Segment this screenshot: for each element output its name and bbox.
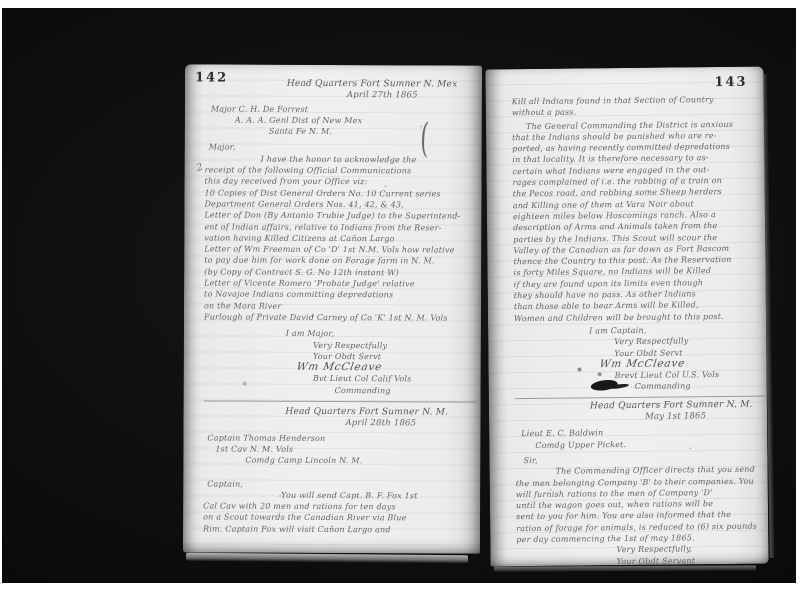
microfilm-scan: 142 2 ( Head Quarters Fort Sumner N. Mex… — [0, 0, 800, 589]
dust-specks — [485, 69, 487, 71]
letter-separator-rule — [204, 400, 477, 405]
manuscript-line: to pay due him for work done on Forage f… — [204, 255, 477, 267]
manuscript-line: to Navajoe Indians committing depredatio… — [204, 289, 477, 301]
manuscript-line: Letter of Don (By Antonio Trubie Judge) … — [204, 210, 477, 222]
manuscript-line: Furlough of Private David Carney of Co '… — [204, 311, 477, 323]
page-142-manuscript: Head Quarters Fort Sumner N. MexApril 27… — [183, 64, 482, 535]
page-stack-edge — [186, 553, 468, 563]
manuscript-line: Wm McCleave — [514, 357, 766, 371]
manuscript-line: April 27th 1865 — [205, 90, 478, 102]
manuscript-line: Wm McCleave — [203, 362, 478, 374]
manuscript-line: on a Scout towards the Canadian River vi… — [203, 512, 476, 524]
film-frame: 142 2 ( Head Quarters Fort Sumner N. Mex… — [2, 8, 796, 583]
manuscript-line: Santa Fe N. M. — [269, 126, 478, 138]
page-143-manuscript: Kill all Indians found in that Section o… — [485, 67, 768, 567]
manuscript-line: Comdg Camp Lincoln N. M. — [245, 455, 476, 467]
manuscript-line: Women and Children will be brought to th… — [514, 310, 764, 324]
manuscript-line: this day received from your Office viz: — [205, 176, 478, 188]
manuscript-line: May 1st 1865 — [515, 411, 765, 425]
dust-specks — [185, 64, 187, 66]
page-143: 143 Kill all Indians found in that Secti… — [485, 67, 768, 567]
manuscript-line: Commanding — [515, 380, 765, 394]
manuscript-line: Commanding — [204, 384, 477, 396]
page-142: 142 2 ( Head Quarters Fort Sumner N. Mex… — [183, 64, 482, 553]
manuscript-line: Rim. Captain Fox will visit Cañon Largo … — [203, 523, 476, 535]
page-stack-edge — [494, 565, 756, 571]
manuscript-line: without a pass. — [512, 105, 762, 119]
manuscript-line: April 28th 1865 — [203, 418, 476, 430]
manuscript-line: Comdg Upper Picket. — [535, 437, 765, 451]
